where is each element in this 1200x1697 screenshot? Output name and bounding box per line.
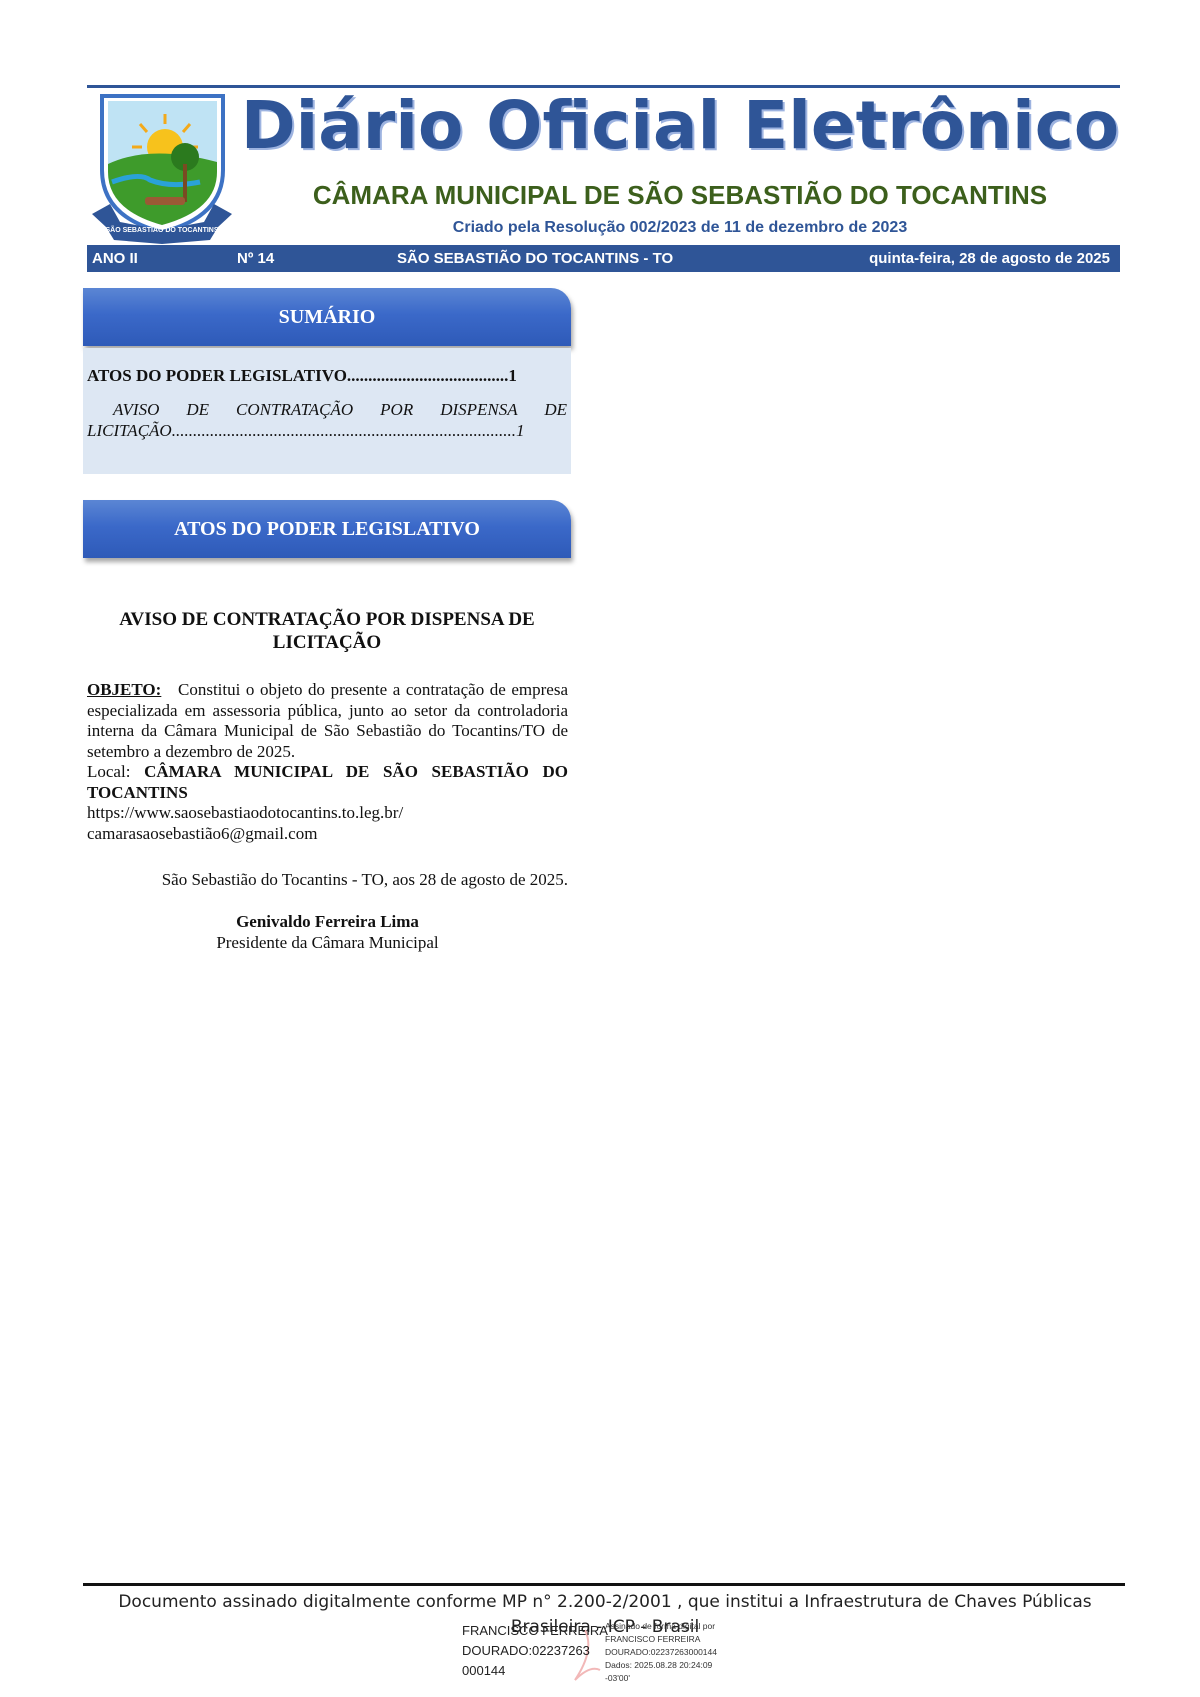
objeto-label: OBJETO: <box>87 680 161 699</box>
footer-rule <box>83 1583 1125 1586</box>
summary-title: SUMÁRIO <box>279 306 376 329</box>
signer-role: Presidente da Câmara Municipal <box>87 933 568 953</box>
objeto-paragraph: OBJETO: Constitui o objeto do presente a… <box>87 680 568 762</box>
summary-box: ATOS DO PODER LEGISLATIVO...............… <box>83 348 571 474</box>
toc-entry-aviso-line1[interactable]: AVISO DE CONTRATAÇÃO POR DISPENSA DE <box>87 400 567 420</box>
digital-signature-holder: FRANCISCO FERREIRA DOURADO:02237263 0001… <box>462 1621 608 1681</box>
edition-info-bar: ANO II Nº 14 SÃO SEBASTIÃO DO TOCANTINS … <box>87 245 1120 272</box>
signer-name: Genivaldo Ferreira Lima <box>87 912 568 932</box>
edition-number: Nº 14 <box>237 250 274 267</box>
article-body: OBJETO: Constitui o objeto do presente a… <box>87 680 568 844</box>
masthead-title: Diário Oficial Eletrônico <box>240 86 1120 166</box>
toc-entry-aviso-line2[interactable]: LICITAÇÃO...............................… <box>87 421 567 441</box>
toc-page-number: 1 <box>508 366 517 385</box>
edition-location: SÃO SEBASTIÃO DO TOCANTINS - TO <box>397 250 673 267</box>
section-header-atos: ATOS DO PODER LEGISLATIVO <box>83 500 571 558</box>
email-link[interactable]: camarasaosebastião6@gmail.com <box>87 824 568 845</box>
municipal-coat-of-arms-logo: SÃO SEBASTIÃO DO TOCANTINS <box>90 92 235 247</box>
local-paragraph: Local: CÂMARA MUNICIPAL DE SÃO SEBASTIÃO… <box>87 762 568 803</box>
digital-signature-details: Assinado de forma digital por FRANCISCO … <box>605 1620 717 1685</box>
creation-resolution-note: Criado pela Resolução 002/2023 de 11 de … <box>240 219 1120 237</box>
closing-place-date: São Sebastião do Tocantins - TO, aos 28 … <box>87 870 568 890</box>
toc-entry-atos[interactable]: ATOS DO PODER LEGISLATIVO...............… <box>87 366 567 386</box>
edition-year: ANO II <box>92 250 138 267</box>
local-value: CÂMARA MUNICIPAL DE SÃO SEBASTIÃO DO TOC… <box>87 762 568 802</box>
svg-text:SÃO SEBASTIÃO DO TOCANTINS: SÃO SEBASTIÃO DO TOCANTINS <box>105 225 218 234</box>
article-title: AVISO DE CONTRATAÇÃO POR DISPENSA DE LIC… <box>87 608 567 654</box>
website-link[interactable]: https://www.saosebastiaodotocantins.to.l… <box>87 803 568 824</box>
summary-header: SUMÁRIO <box>83 288 571 346</box>
institution-name: CÂMARA MUNICIPAL DE SÃO SEBASTIÃO DO TOC… <box>240 180 1120 211</box>
section-title: ATOS DO PODER LEGISLATIVO <box>174 518 480 541</box>
edition-date: quinta-feira, 28 de agosto de 2025 <box>869 250 1110 267</box>
toc-page-number: 1 <box>516 421 525 440</box>
